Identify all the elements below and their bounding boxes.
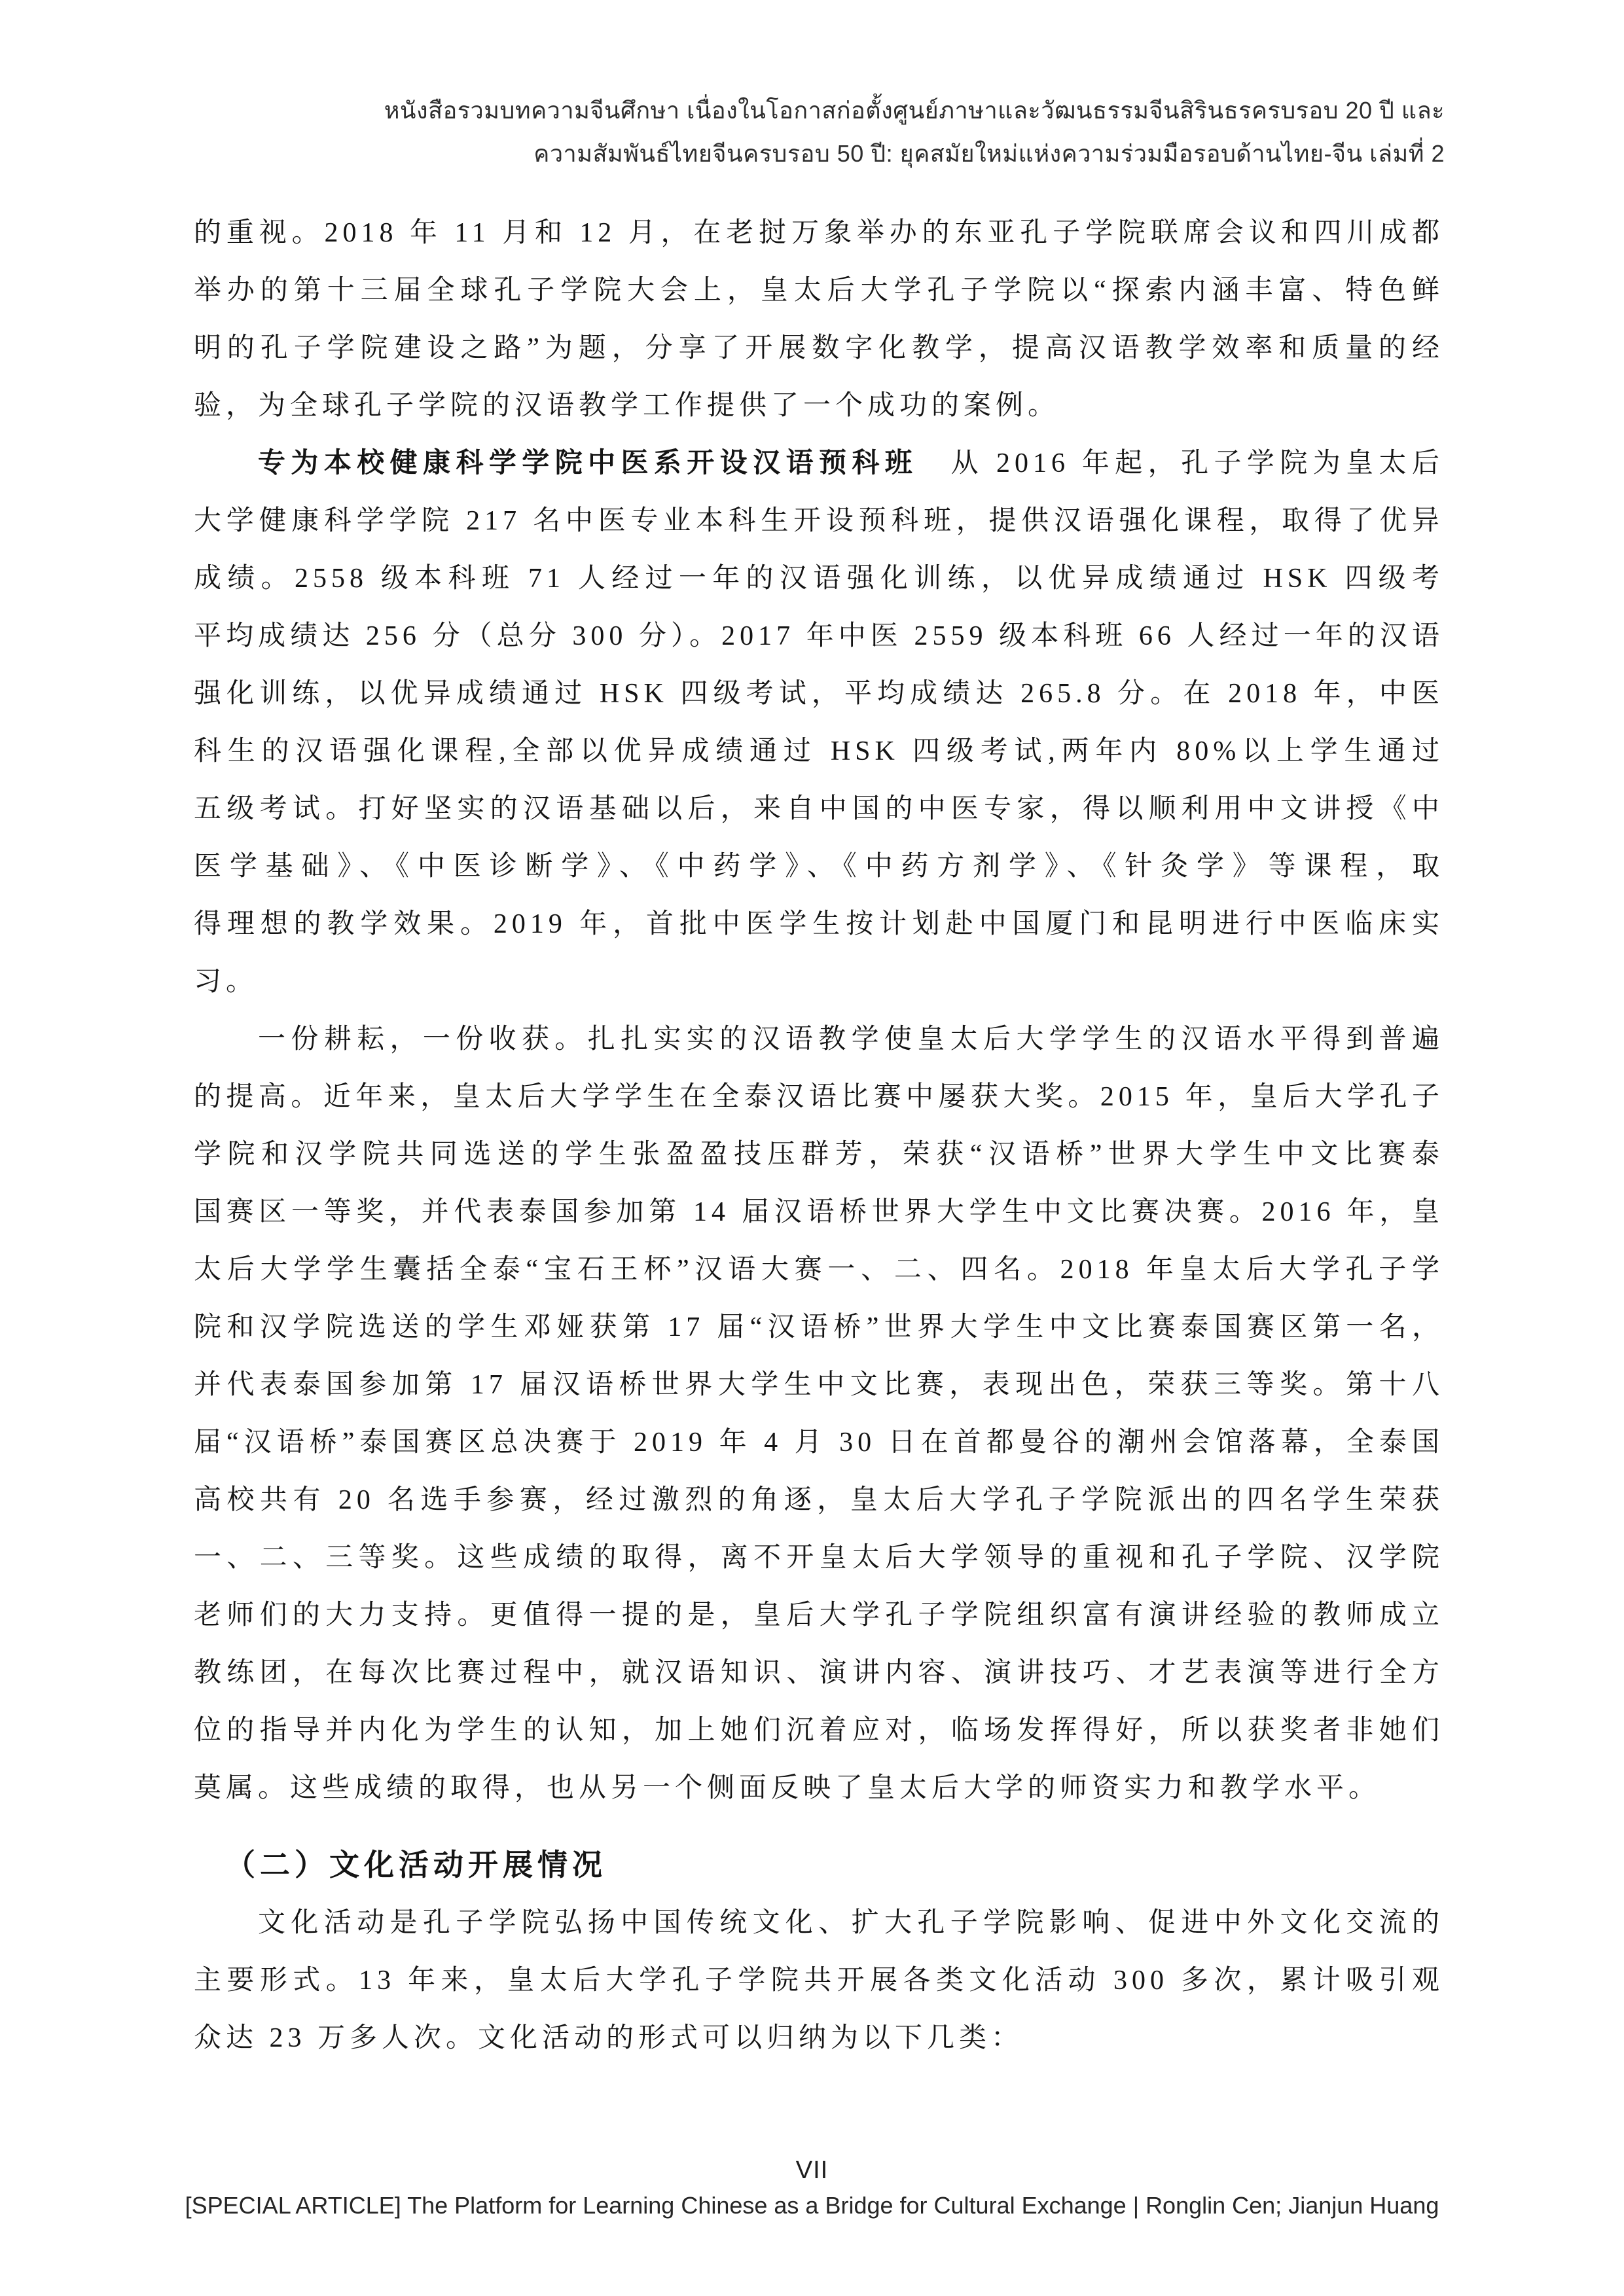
body-line: 文化活动是孔子学院弘扬中国传统文化、扩大孔子学院影响、促进中外文化交流的 bbox=[194, 1894, 1444, 1952]
body-line: 验，为全球孔子学院的汉语教学工作提供了一个成功的案例。 bbox=[194, 377, 1444, 435]
body-line: 国赛区一等奖，并代表泰国参加第 14 届汉语桥世界大学生中文比赛决赛。2016 … bbox=[194, 1183, 1444, 1241]
body-line: 位的指导并内化为学生的认知，加上她们沉着应对，临场发挥得好，所以获奖者非她们 bbox=[194, 1702, 1444, 1759]
body-line: 举办的第十三届全球孔子学院大会上，皇太后大学孔子学院以“探索内涵丰富、特色鲜 bbox=[194, 262, 1444, 319]
body-line: 的重视。2018 年 11 月和 12 月，在老挝万象举办的东亚孔子学院联席会议… bbox=[194, 204, 1444, 262]
body-line: 一、二、三等奖。这些成绩的取得，离不开皇太后大学领导的重视和孔子学院、汉学院 bbox=[194, 1529, 1444, 1587]
body-line: 五级考试。打好坚实的汉语基础以后，来自中国的中医专家，得以顺利用中文讲授《中 bbox=[194, 780, 1444, 838]
footer-article-credit: [SPECIAL ARTICLE] The Platform for Learn… bbox=[0, 2191, 1624, 2220]
running-header-line-1: หนังสือรวมบทความจีนศึกษา เนื่องในโอกาสก่… bbox=[194, 89, 1445, 132]
body-line: 强化训练，以优异成绩通过 HSK 四级考试，平均成绩达 265.8 分。在 20… bbox=[194, 665, 1444, 723]
body-line: 老师们的大力支持。更值得一提的是，皇后大学孔子学院组织富有演讲经验的教师成立 bbox=[194, 1587, 1444, 1644]
body-text: 的重视。2018 年 11 月和 12 月，在老挝万象举办的东亚孔子学院联席会议… bbox=[194, 204, 1444, 2067]
body-line: 院和汉学院选送的学生邓娅获第 17 届“汉语桥”世界大学生中文比赛泰国赛区第一名… bbox=[194, 1299, 1444, 1356]
body-line: 主要形式。13 年来，皇太后大学孔子学院共开展各类文化活动 300 多次，累计吸… bbox=[194, 1952, 1444, 2009]
body-line: 习。 bbox=[194, 953, 1444, 1011]
body-line: 科生的汉语强化课程,全部以优异成绩通过 HSK 四级考试,两年内 80%以上学生… bbox=[194, 723, 1444, 780]
section-heading: （二）文化活动开展情况 bbox=[194, 1837, 1444, 1894]
document-page: หนังสือรวมบทความจีนศึกษา เนื่องในโอกาสก่… bbox=[0, 0, 1624, 2296]
body-line: 平均成绩达 256 分（总分 300 分）。2017 年中医 2559 级本科班… bbox=[194, 607, 1444, 665]
body-line: 专为本校健康科学学院中医系开设汉语预科班 从 2016 年起，孔子学院为皇太后 bbox=[194, 435, 1444, 492]
body-line: 得理想的教学效果。2019 年，首批中医学生按计划赴中国厦门和昆明进行中医临床实 bbox=[194, 895, 1444, 953]
body-line: 莫属。这些成绩的取得，也从另一个侧面反映了皇太后大学的师资实力和教学水平。 bbox=[194, 1759, 1444, 1817]
running-header: หนังสือรวมบทความจีนศึกษา เนื่องในโอกาสก่… bbox=[194, 89, 1445, 175]
body-line: 学院和汉学院共同选送的学生张盈盈技压群芳，荣获“汉语桥”世界大学生中文比赛泰 bbox=[194, 1126, 1444, 1183]
body-line: 一份耕耘，一份收获。扎扎实实的汉语教学使皇太后大学学生的汉语水平得到普遍 bbox=[194, 1011, 1444, 1068]
body-line: 明的孔子学院建设之路”为题，分享了开展数字化教学，提高汉语教学效率和质量的经 bbox=[194, 319, 1444, 377]
body-line: 大学健康科学学院 217 名中医专业本科生开设预科班，提供汉语强化课程，取得了优… bbox=[194, 492, 1444, 550]
body-line: 太后大学学生囊括全泰“宝石王杯”汉语大赛一、二、四名。2018 年皇太后大学孔子… bbox=[194, 1241, 1444, 1299]
bold-run-in-heading: 专为本校健康科学学院中医系开设汉语预科班 bbox=[258, 448, 918, 478]
body-line: 届“汉语桥”泰国赛区总决赛于 2019 年 4 月 30 日在首都曼谷的潮州会馆… bbox=[194, 1414, 1444, 1471]
body-line: 成绩。2558 级本科班 71 人经过一年的汉语强化训练，以优异成绩通过 HSK… bbox=[194, 550, 1444, 607]
body-line: 医学基础》、《中医诊断学》、《中药学》、《中药方剂学》、《针灸学》等课程，取 bbox=[194, 838, 1444, 895]
page-number: VII bbox=[0, 2157, 1624, 2183]
body-line: 高校共有 20 名选手参赛，经过激烈的角逐，皇太后大学孔子学院派出的四名学生荣获 bbox=[194, 1471, 1444, 1529]
body-line: 的提高。近年来，皇太后大学学生在全泰汉语比赛中屡获大奖。2015 年，皇后大学孔… bbox=[194, 1068, 1444, 1126]
body-line: 众达 23 万多人次。文化活动的形式可以归纳为以下几类： bbox=[194, 2009, 1444, 2067]
running-header-line-2: ความสัมพันธ์ไทยจีนครบรอบ 50 ปี: ยุคสมัยใ… bbox=[194, 132, 1445, 175]
body-line: 教练团，在每次比赛过程中，就汉语知识、演讲内容、演讲技巧、才艺表演等进行全方 bbox=[194, 1644, 1444, 1702]
body-line: 并代表泰国参加第 17 届汉语桥世界大学生中文比赛，表现出色，荣获三等奖。第十八 bbox=[194, 1356, 1444, 1414]
